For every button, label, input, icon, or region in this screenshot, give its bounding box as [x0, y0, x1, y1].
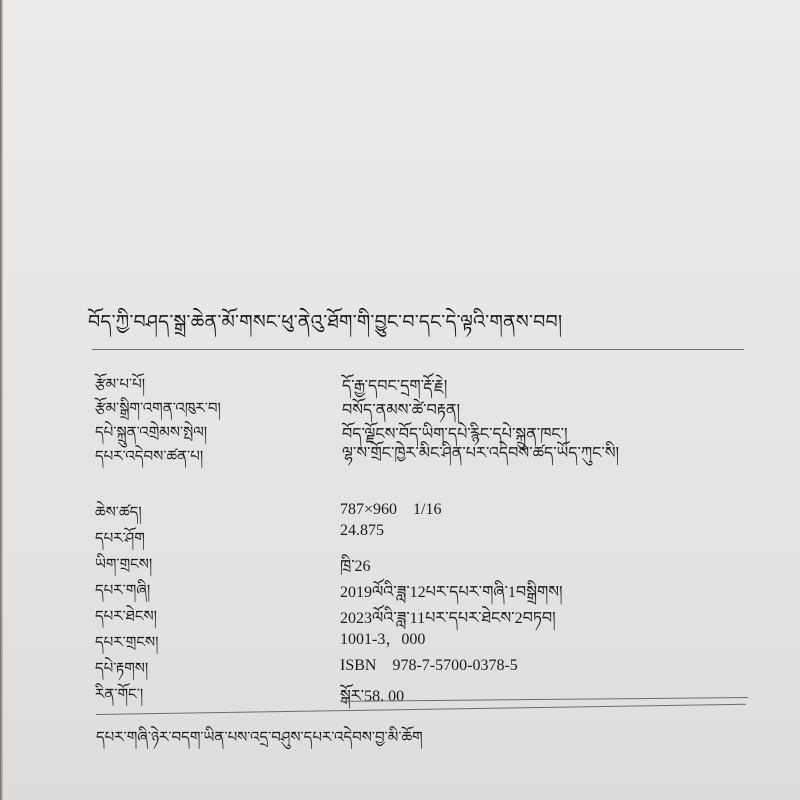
info-row-word-count: ཡིག་གྲངས། ཁྲི་26 [95, 548, 755, 570]
info-value: 1001-3，000 [340, 626, 425, 649]
info-row-print-run: དཔར་གྲངས། 1001-3，000 [95, 626, 755, 648]
info-row-format: ཆེས་ཚད། 787×960 1/16 [95, 496, 755, 518]
footer-divider [96, 704, 746, 715]
copyright-notice: དཔར་གཞི་ཉེར་བདག་ཡིན་པས་འདྲ་བཤུས་དཔར་འདེབ… [96, 721, 423, 763]
info-row-printing: དཔར་ཐེངས། 2023ལོའི་ཟླ་11པར་དཔར་ཐེངས་2བཏབ… [95, 600, 755, 622]
info-row-publisher: དཔེ་སྐྲུན་འགྲེམས་སྤེལ། བོད་ལྗོངས་བོད་ཡིག… [95, 416, 755, 438]
info-value: 787×960 1/16 [340, 496, 441, 519]
info-row-isbn: དཔེ་རྟགས། ISBN 978-7-5700-0378-5 [95, 652, 755, 674]
info-row-printer: དཔར་འདེབས་ཚན་པ། ལྷ་ས་གྲོང་ཁྱེར་མིང་ཤིན་པ… [95, 440, 755, 490]
info-row-sheets: དཔར་ཤོག 24.875 [95, 522, 755, 544]
info-row-edition: དཔར་གཞི། 2019ལོའི་ཟླ་12པར་དཔར་གཞི་1བསྒྲི… [95, 574, 755, 596]
title-divider [92, 349, 744, 350]
info-row-editor: རྩོམ་སྒྲིག་འགན་འཁུར་བ། བསོད་ནམས་ཚེ་བརྟན། [95, 392, 755, 414]
info-label: དཔར་འདེབས་ཚན་པ། [95, 440, 203, 482]
book-title: བོད་ཀྱི་བཤད་སྒྲ་ཆེན་མོ་གསང་ཕུ་ནེའུ་ཐོག་ག… [88, 300, 748, 354]
info-value: ISBN 978-7-5700-0378-5 [340, 652, 518, 675]
info-row-price: རིན་གོང་། སྒོར་58. 00 [95, 678, 755, 700]
info-value: ལྷ་ས་གྲོང་ཁྱེར་མིང་ཤིན་པར་འདེབས་ཚད་ཡོད་ཀ… [342, 440, 762, 465]
info-row-author: རྩོམ་པ་པོ། དོ་རྒྱ་དབང་དྲག་རྡོ་རྗེ། [95, 368, 755, 390]
page-edge-shadow [0, 0, 3, 800]
info-value: 24.875 [340, 522, 384, 540]
